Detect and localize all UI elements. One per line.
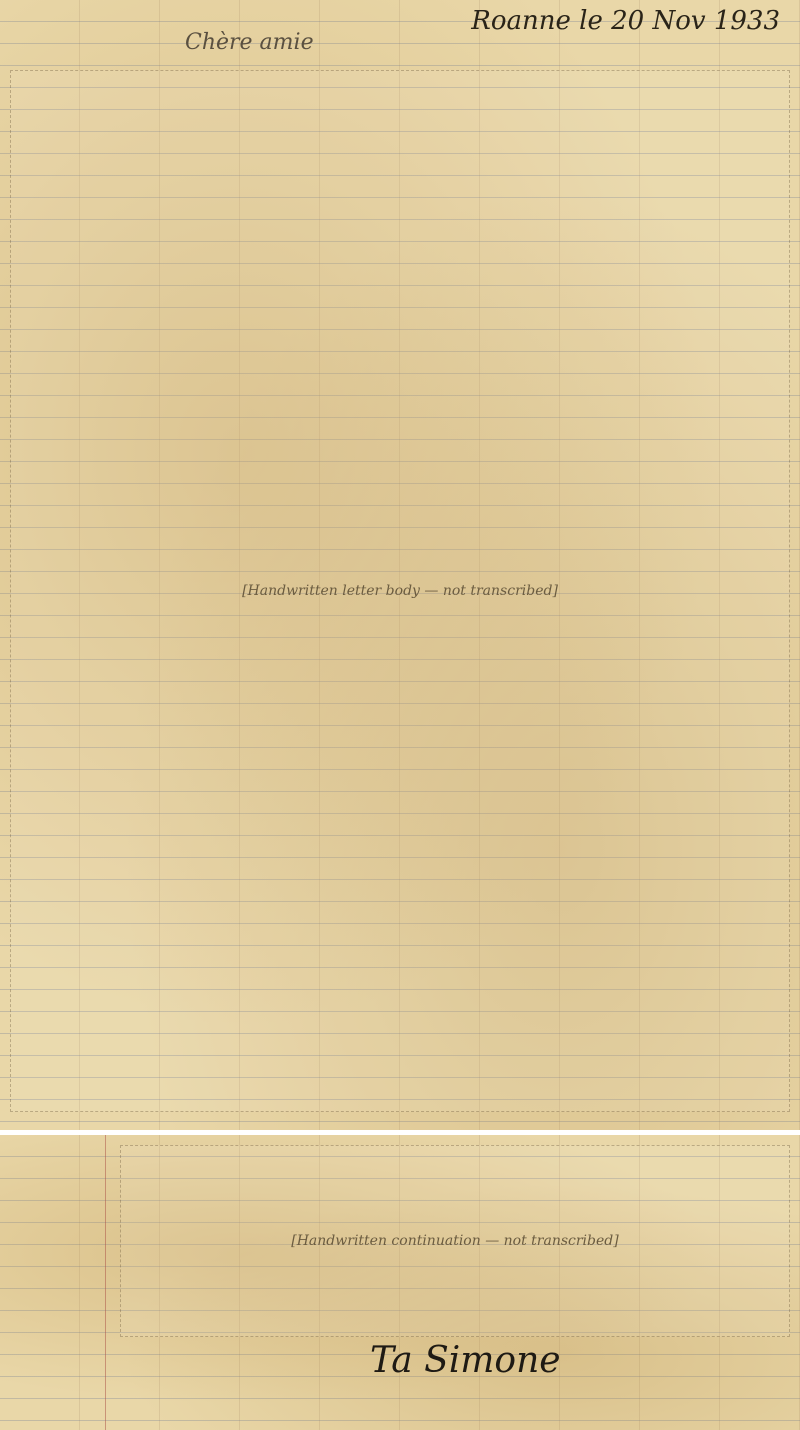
letter-continuation: [Handwritten continuation — not transcri… xyxy=(120,1145,790,1337)
letter-page-1: Roanne le 20 Nov 1933 Chère amie [Handwr… xyxy=(0,0,800,1130)
letter-page-2: [Handwritten continuation — not transcri… xyxy=(0,1135,800,1430)
letter-salutation: Chère amie xyxy=(185,30,314,55)
margin-line xyxy=(105,1135,106,1430)
letter-signature: Ta Simone xyxy=(370,1340,561,1381)
letter-body: [Handwritten letter body — not transcrib… xyxy=(10,70,790,1112)
letter-date: Roanne le 20 Nov 1933 xyxy=(471,6,780,36)
